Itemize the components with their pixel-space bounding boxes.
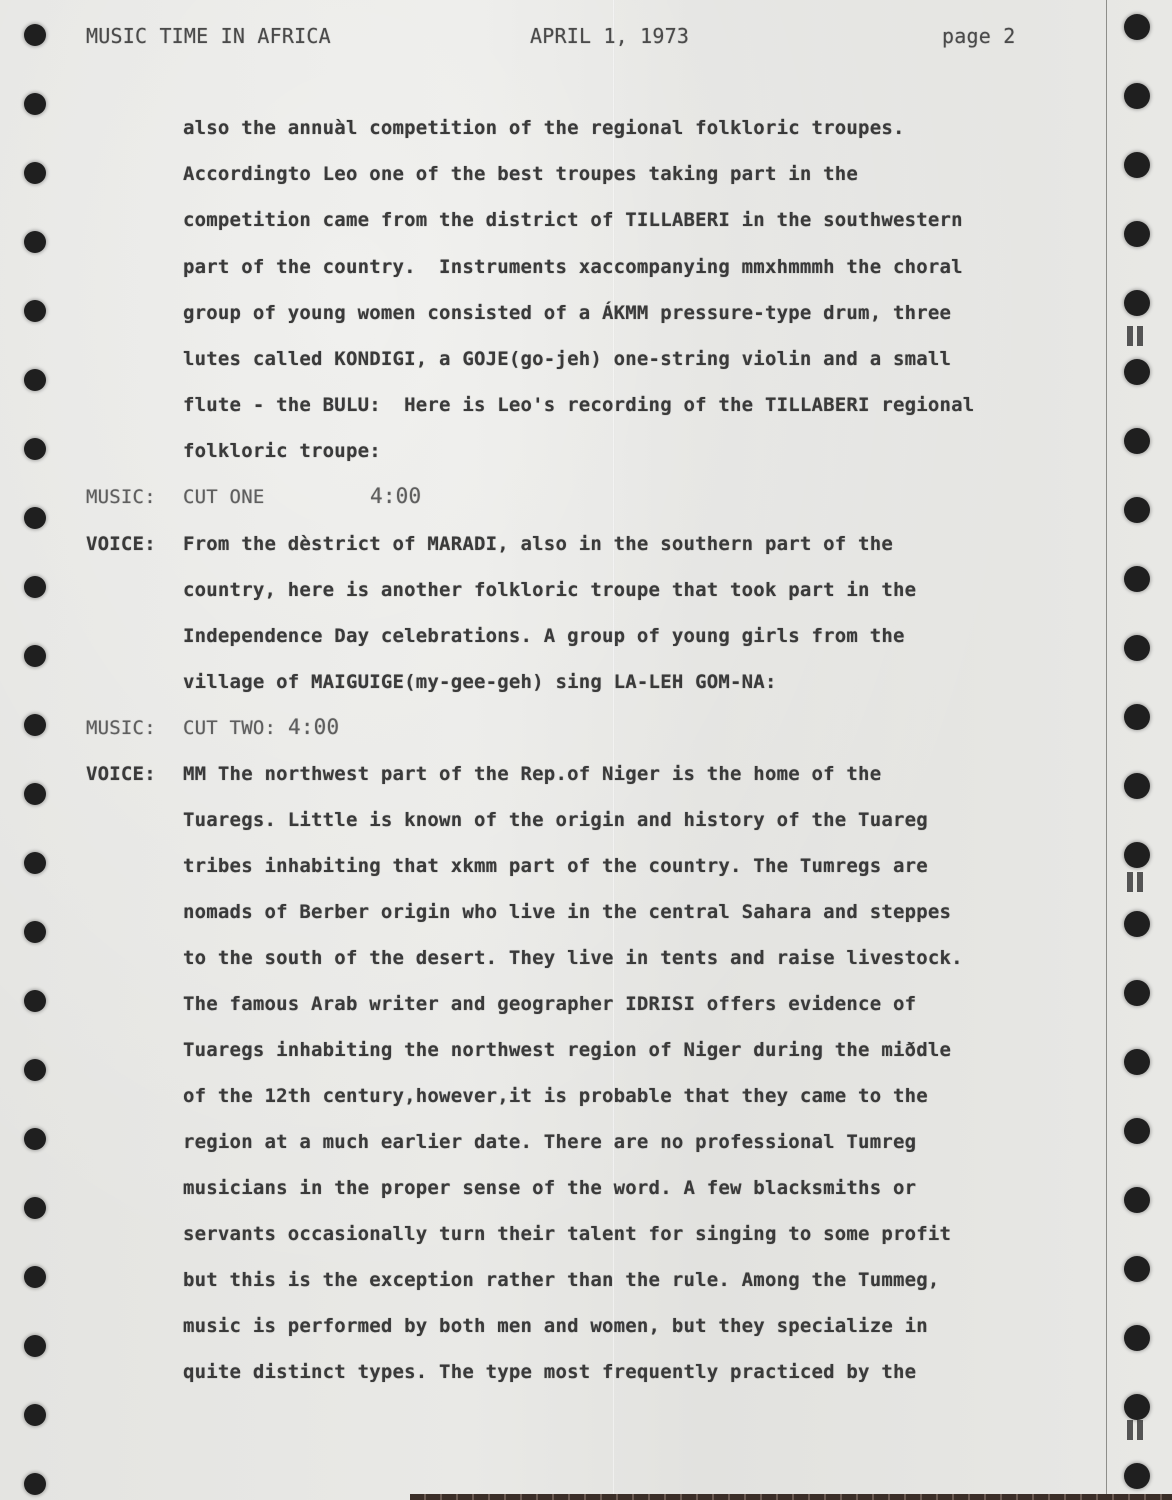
tractor-feed-hole-icon (24, 576, 46, 598)
body-line: to the south of the desert. They live in… (183, 947, 963, 969)
tractor-feed-hole-icon (1124, 1049, 1150, 1075)
body-line: Accordingto Leo one of the best troupes … (183, 163, 858, 185)
tractor-feed-hole-icon (1124, 704, 1150, 730)
tractor-feed-hole-icon (1124, 911, 1150, 937)
tractor-feed-hole-icon (1124, 152, 1150, 178)
body-line: group of young women consisted of a ÁKMM… (183, 302, 951, 324)
body-line: folkloric troupe: (183, 440, 381, 462)
tractor-feed-hole-icon (24, 783, 46, 805)
tractor-feed-hole-icon (24, 1404, 46, 1426)
tractor-feed-hole-icon (24, 93, 46, 115)
body-line: tribes inhabiting that xkmm part of the … (183, 855, 928, 877)
tractor-feed-hole-icon (1124, 773, 1150, 799)
voice-cue-label: VOICE: (86, 763, 156, 785)
music-cue-text: CUT TWO: (183, 717, 276, 739)
tractor-feed-hole-icon (1124, 1187, 1150, 1213)
page-number: page 2 (942, 24, 1015, 48)
body-line: nomads of Berber origin who live in the … (183, 901, 951, 923)
perforation-mark (1127, 1420, 1145, 1440)
tractor-feed-hole-icon (1124, 359, 1150, 385)
music-cue-label: MUSIC: (86, 717, 156, 739)
tractor-feed-hole-icon (24, 162, 46, 184)
tractor-feed-hole-icon (24, 507, 46, 529)
body-line: region at a much earlier date. There are… (183, 1131, 916, 1153)
body-line: also the annuàl competition of the regio… (183, 117, 905, 139)
tractor-feed-hole-icon (1124, 1463, 1150, 1489)
tractor-feed-hole-icon (1124, 1325, 1150, 1351)
tractor-feed-hole-icon (1124, 221, 1150, 247)
tractor-feed-hole-icon (1124, 980, 1150, 1006)
tractor-feed-hole-icon (24, 1197, 46, 1219)
body-line: Independence Day celebrations. A group o… (183, 625, 905, 647)
body-line: part of the country. Instruments xaccomp… (183, 256, 963, 278)
body-line: Tuaregs inhabiting the northwest region … (183, 1039, 951, 1061)
tractor-feed-hole-icon (1124, 1256, 1150, 1282)
tractor-feed-hole-icon (24, 1059, 46, 1081)
tractor-feed-hole-icon (24, 1473, 46, 1495)
voice-cue-label: VOICE: (86, 533, 156, 555)
broadcast-date: APRIL 1, 1973 (530, 24, 689, 48)
tractor-feed-hole-icon (24, 990, 46, 1012)
tractor-feed-hole-icon (24, 852, 46, 874)
body-line: lutes called KONDIGI, a GOJE(go-jeh) one… (183, 348, 951, 370)
body-line: MM The northwest part of the Rep.of Nige… (183, 763, 881, 785)
music-cue-duration: 4:00 (288, 715, 339, 739)
tractor-feed-hole-icon (1124, 1394, 1150, 1420)
body-line: village of MAIGUIGE(my-gee-geh) sing LA-… (183, 671, 777, 693)
tractor-feed-hole-icon (1124, 1118, 1150, 1144)
perforation-mark (1127, 326, 1145, 346)
tractor-feed-hole-icon (24, 231, 46, 253)
music-cue-duration: 4:00 (370, 484, 421, 508)
body-line: of the 12th century,however,it is probab… (183, 1085, 928, 1107)
body-line: flute - the BULU: Here is Leo's recordin… (183, 394, 974, 416)
tractor-feed-hole-icon (1124, 428, 1150, 454)
tractor-feed-hole-icon (24, 921, 46, 943)
body-line: servants occasionally turn their talent … (183, 1223, 951, 1245)
music-cue-text: CUT ONE (183, 486, 264, 508)
perforation-mark (1127, 872, 1145, 892)
tractor-feed-hole-icon (24, 1266, 46, 1288)
body-line: competition came from the district of TI… (183, 209, 963, 231)
tractor-feed-hole-icon (1124, 497, 1150, 523)
torn-bottom-edge (410, 1494, 1172, 1500)
typewritten-page: MUSIC TIME IN AFRICA APRIL 1, 1973 page … (0, 0, 1172, 1500)
tractor-feed-hole-icon (24, 645, 46, 667)
perforation-line (1106, 0, 1107, 1500)
tractor-feed-hole-icon (24, 1335, 46, 1357)
music-cue-label: MUSIC: (86, 486, 156, 508)
tractor-feed-hole-icon (1124, 14, 1150, 40)
body-line: country, here is another folkloric troup… (183, 579, 916, 601)
body-line: quite distinct types. The type most freq… (183, 1361, 916, 1383)
body-line: The famous Arab writer and geographer ID… (183, 993, 916, 1015)
body-line: From the dèstrict of MARADI, also in the… (183, 533, 893, 555)
tractor-feed-hole-icon (1124, 635, 1150, 661)
tractor-feed-hole-icon (1124, 842, 1150, 868)
body-line: Tuaregs. Little is known of the origin a… (183, 809, 928, 831)
tractor-feed-hole-icon (24, 369, 46, 391)
tractor-feed-hole-icon (1124, 566, 1150, 592)
program-title: MUSIC TIME IN AFRICA (86, 24, 331, 48)
body-line: musicians in the proper sense of the wor… (183, 1177, 916, 1199)
body-line: music is performed by both men and women… (183, 1315, 928, 1337)
tractor-feed-hole-icon (1124, 83, 1150, 109)
body-line: but this is the exception rather than th… (183, 1269, 940, 1291)
tractor-feed-hole-icon (24, 24, 46, 46)
tractor-feed-hole-icon (24, 1128, 46, 1150)
tractor-feed-hole-icon (1124, 290, 1150, 316)
tractor-feed-hole-icon (24, 300, 46, 322)
tractor-feed-hole-icon (24, 438, 46, 460)
tractor-feed-hole-icon (24, 714, 46, 736)
